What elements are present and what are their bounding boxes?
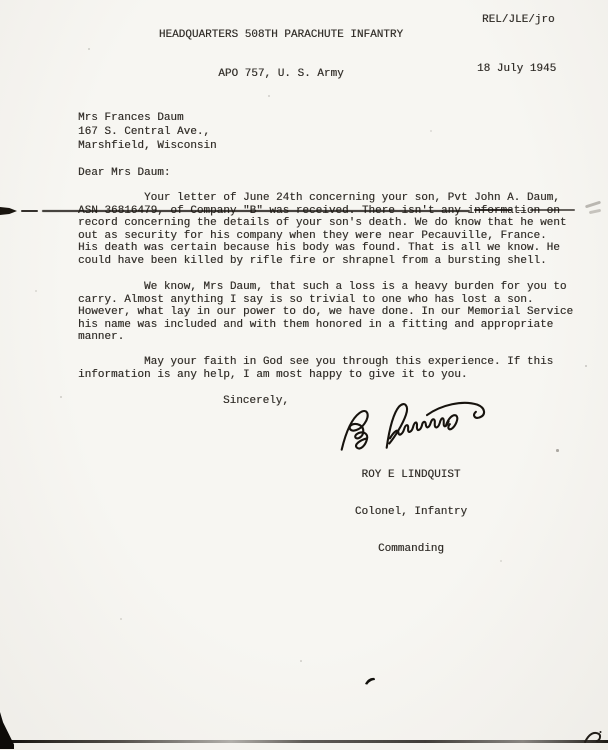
signer-name: ROY E LINDQUIST	[348, 469, 474, 481]
salutation: Dear Mrs Daum:	[78, 167, 170, 180]
letterhead-unit: HEADQUARTERS 508TH PARACHUTE INFANTRY	[0, 29, 562, 42]
paper-speck	[500, 560, 502, 562]
paper-speck	[35, 290, 37, 292]
paper-speck	[300, 660, 302, 662]
fold-crease-line	[0, 204, 608, 218]
letter-date: 18 July 1945	[477, 63, 556, 76]
stray-ink-mark	[364, 676, 376, 685]
paper-speck	[556, 449, 559, 452]
crease-left-blot	[0, 207, 17, 215]
crease-smudge	[585, 201, 601, 209]
scan-edge-shadow	[0, 740, 608, 743]
signer-role: Commanding	[348, 543, 474, 555]
body-paragraph-3: May your faith in God see you through th…	[78, 356, 553, 381]
paper-speck	[430, 130, 432, 132]
signer-rank: Colonel, Infantry	[348, 506, 474, 518]
paper-speck	[120, 618, 122, 620]
scan-corner-scribble-right	[583, 729, 603, 745]
paper-speck	[268, 95, 270, 97]
paper-speck	[585, 365, 587, 367]
recipient-address: Mrs Frances Daum 167 S. Central Ave., Ma…	[78, 111, 217, 153]
paper-speck	[60, 396, 62, 398]
valediction: Sincerely,	[223, 395, 289, 408]
crease-dash	[474, 209, 512, 211]
reference-initials: REL/JLE/jro	[482, 14, 555, 27]
body-paragraph-2: We know, Mrs Daum, that such a loss is a…	[78, 281, 573, 344]
signature-block: ROY E LINDQUIST Colonel, Infantry Comman…	[348, 444, 474, 580]
crease-smudge	[589, 209, 601, 214]
letterhead: HEADQUARTERS 508TH PARACHUTE INFANTRY AP…	[0, 3, 562, 107]
crease-dash	[530, 209, 575, 210]
scanned-letter-page: HEADQUARTERS 508TH PARACHUTE INFANTRY AP…	[0, 0, 608, 750]
crease-dash	[517, 210, 526, 211]
paper-speck	[88, 48, 90, 50]
crease-strike-line	[42, 210, 470, 212]
crease-dash	[21, 210, 38, 212]
scan-corner-blot-left	[0, 712, 14, 749]
